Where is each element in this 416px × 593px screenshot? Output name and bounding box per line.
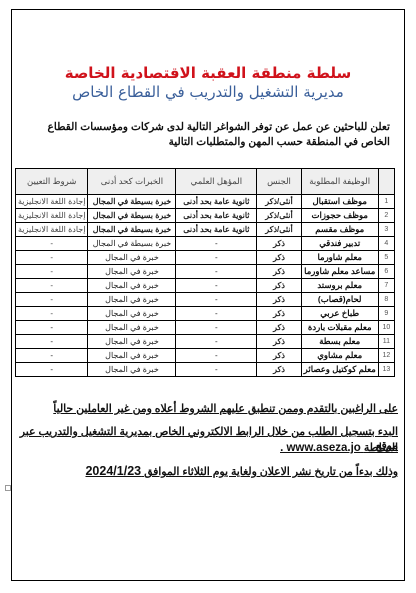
qualification: ثانوية عامة بحد أدنى (176, 209, 257, 223)
conditions: - (16, 237, 88, 251)
job-title: معلم كوكتيل وعصائر (301, 363, 378, 377)
qualification: - (176, 265, 257, 279)
row-number: 5 (378, 251, 394, 265)
experience: خبرة بسيطة في المجال (88, 195, 176, 209)
qualification: - (176, 237, 257, 251)
header-gender: الجنس (257, 169, 301, 195)
object-anchor-handle[interactable] (5, 485, 11, 491)
job-title: معلم مشاوي (301, 349, 378, 363)
header-conditions: شروط التعيين (16, 169, 88, 195)
row-number: 2 (378, 209, 394, 223)
qualification: ثانوية عامة بحد أدنى (176, 195, 257, 209)
experience: خبرة في المجال (88, 293, 176, 307)
qualification: - (176, 293, 257, 307)
row-number: 7 (378, 279, 394, 293)
eligibility-note: على الراغبين بالتقدم وممن تنطبق عليهم ال… (53, 402, 398, 416)
row-number: 6 (378, 265, 394, 279)
website-prefix: السلطة (364, 442, 398, 454)
header-number (378, 169, 394, 195)
job-title: معلم مقبلات باردة (301, 321, 378, 335)
conditions: - (16, 335, 88, 349)
conditions: إجادة اللغة الانجليزية (16, 195, 88, 209)
table-row: 8 لحام(قصاب) ذكر - خبرة في المجال - (16, 293, 395, 307)
gender: أنثى/ذكر (257, 195, 301, 209)
intro-line-2: الخاص في المنطقة حسب المهن والمتطلبات ال… (30, 135, 390, 150)
table-row: 13 معلم كوكتيل وعصائر ذكر - خبرة في المج… (16, 363, 395, 377)
experience: خبرة في المجال (88, 335, 176, 349)
job-title: تدبير فندقي (301, 237, 378, 251)
job-title: موظف حجوزات (301, 209, 378, 223)
conditions: إجادة اللغة الانجليزية (16, 209, 88, 223)
gender: ذكر (257, 349, 301, 363)
conditions: إجادة اللغة الانجليزية (16, 223, 88, 237)
header-experience: الخبرات كحد أدنى (88, 169, 176, 195)
qualification: - (176, 335, 257, 349)
header-qualification: المؤهل العلمي (176, 169, 257, 195)
qualification: ثانوية عامة بحد أدنى (176, 223, 257, 237)
qualification: - (176, 251, 257, 265)
table-row: 3 موظف مقسم أنثى/ذكر ثانوية عامة بحد أدن… (16, 223, 395, 237)
gender: ذكر (257, 279, 301, 293)
table-row: 10 معلم مقبلات باردة ذكر - خبرة في المجا… (16, 321, 395, 335)
table-row: 6 مساعد معلم شاورما ذكر - خبرة في المجال… (16, 265, 395, 279)
gender: ذكر (257, 293, 301, 307)
gender: ذكر (257, 363, 301, 377)
experience: خبرة في المجال (88, 279, 176, 293)
deadline-date: 2024/1/23 (85, 464, 141, 478)
gender: ذكر (257, 335, 301, 349)
row-number: 8 (378, 293, 394, 307)
table-row: 11 معلم بسطة ذكر - خبرة في المجال - (16, 335, 395, 349)
gender: ذكر (257, 251, 301, 265)
table-row: 4 تدبير فندقي ذكر - خبرة بسيطة في المجال… (16, 237, 395, 251)
gender: ذكر (257, 307, 301, 321)
job-title: موظف مقسم (301, 223, 378, 237)
table-row: 5 معلم شاورما ذكر - خبرة في المجال - (16, 251, 395, 265)
deadline-line: وذلك بدءاً من تاريخ نشر الاعلان ولغاية ي… (85, 464, 398, 479)
experience: خبرة في المجال (88, 307, 176, 321)
experience: خبرة بسيطة في المجال (88, 223, 176, 237)
table-row: 1 موظف استقبال أنثى/ذكر ثانوية عامة بحد … (16, 195, 395, 209)
table-row: 7 معلم بروستد ذكر - خبرة في المجال - (16, 279, 395, 293)
qualification: - (176, 321, 257, 335)
conditions: - (16, 363, 88, 377)
experience: خبرة في المجال (88, 265, 176, 279)
directorate-subtitle: مديرية التشغيل والتدريب في القطاع الخاص (0, 83, 416, 101)
conditions: - (16, 251, 88, 265)
row-number: 3 (378, 223, 394, 237)
conditions: - (16, 349, 88, 363)
row-number: 1 (378, 195, 394, 209)
row-number: 9 (378, 307, 394, 321)
experience: خبرة بسيطة في المجال (88, 209, 176, 223)
table-row: 2 موظف حجوزات أنثى/ذكر ثانوية عامة بحد أ… (16, 209, 395, 223)
row-number: 12 (378, 349, 394, 363)
experience: خبرة في المجال (88, 321, 176, 335)
website-link[interactable]: www.aseza.jo . (280, 442, 361, 454)
vacancies-table: الوظيفة المطلوبة الجنس المؤهل العلمي الخ… (15, 168, 395, 377)
table-row: 9 طباخ عربي ذكر - خبرة في المجال - (16, 307, 395, 321)
experience: خبرة في المجال (88, 349, 176, 363)
conditions: - (16, 279, 88, 293)
job-title: معلم شاورما (301, 251, 378, 265)
conditions: - (16, 293, 88, 307)
conditions: - (16, 307, 88, 321)
row-number: 10 (378, 321, 394, 335)
conditions: - (16, 265, 88, 279)
gender: ذكر (257, 265, 301, 279)
deadline-prefix: وذلك بدءاً من تاريخ نشر الاعلان ولغاية ي… (144, 466, 398, 478)
qualification: - (176, 279, 257, 293)
job-title: معلم بسطة (301, 335, 378, 349)
gender: أنثى/ذكر (257, 223, 301, 237)
qualification: - (176, 349, 257, 363)
qualification: - (176, 363, 257, 377)
website-line: السلطة www.aseza.jo . (280, 441, 398, 455)
table-header-row: الوظيفة المطلوبة الجنس المؤهل العلمي الخ… (16, 169, 395, 195)
conditions: - (16, 321, 88, 335)
experience: خبرة بسيطة في المجال (88, 237, 176, 251)
qualification: - (176, 307, 257, 321)
gender: أنثى/ذكر (257, 209, 301, 223)
row-number: 4 (378, 237, 394, 251)
experience: خبرة في المجال (88, 251, 176, 265)
announcement-intro: تعلن للباحثين عن عمل عن توفر الشواغر الت… (30, 120, 390, 150)
job-title: معلم بروستد (301, 279, 378, 293)
experience: خبرة في المجال (88, 363, 176, 377)
job-title: لحام(قصاب) (301, 293, 378, 307)
organization-title: سلطة منطقة العقبة الاقتصادية الخاصة (0, 64, 416, 82)
job-title: موظف استقبال (301, 195, 378, 209)
gender: ذكر (257, 237, 301, 251)
gender: ذكر (257, 321, 301, 335)
job-title: طباخ عربي (301, 307, 378, 321)
row-number: 11 (378, 335, 394, 349)
header-job: الوظيفة المطلوبة (301, 169, 378, 195)
intro-line-1: تعلن للباحثين عن عمل عن توفر الشواغر الت… (30, 120, 390, 135)
job-title: مساعد معلم شاورما (301, 265, 378, 279)
row-number: 13 (378, 363, 394, 377)
table-row: 12 معلم مشاوي ذكر - خبرة في المجال - (16, 349, 395, 363)
